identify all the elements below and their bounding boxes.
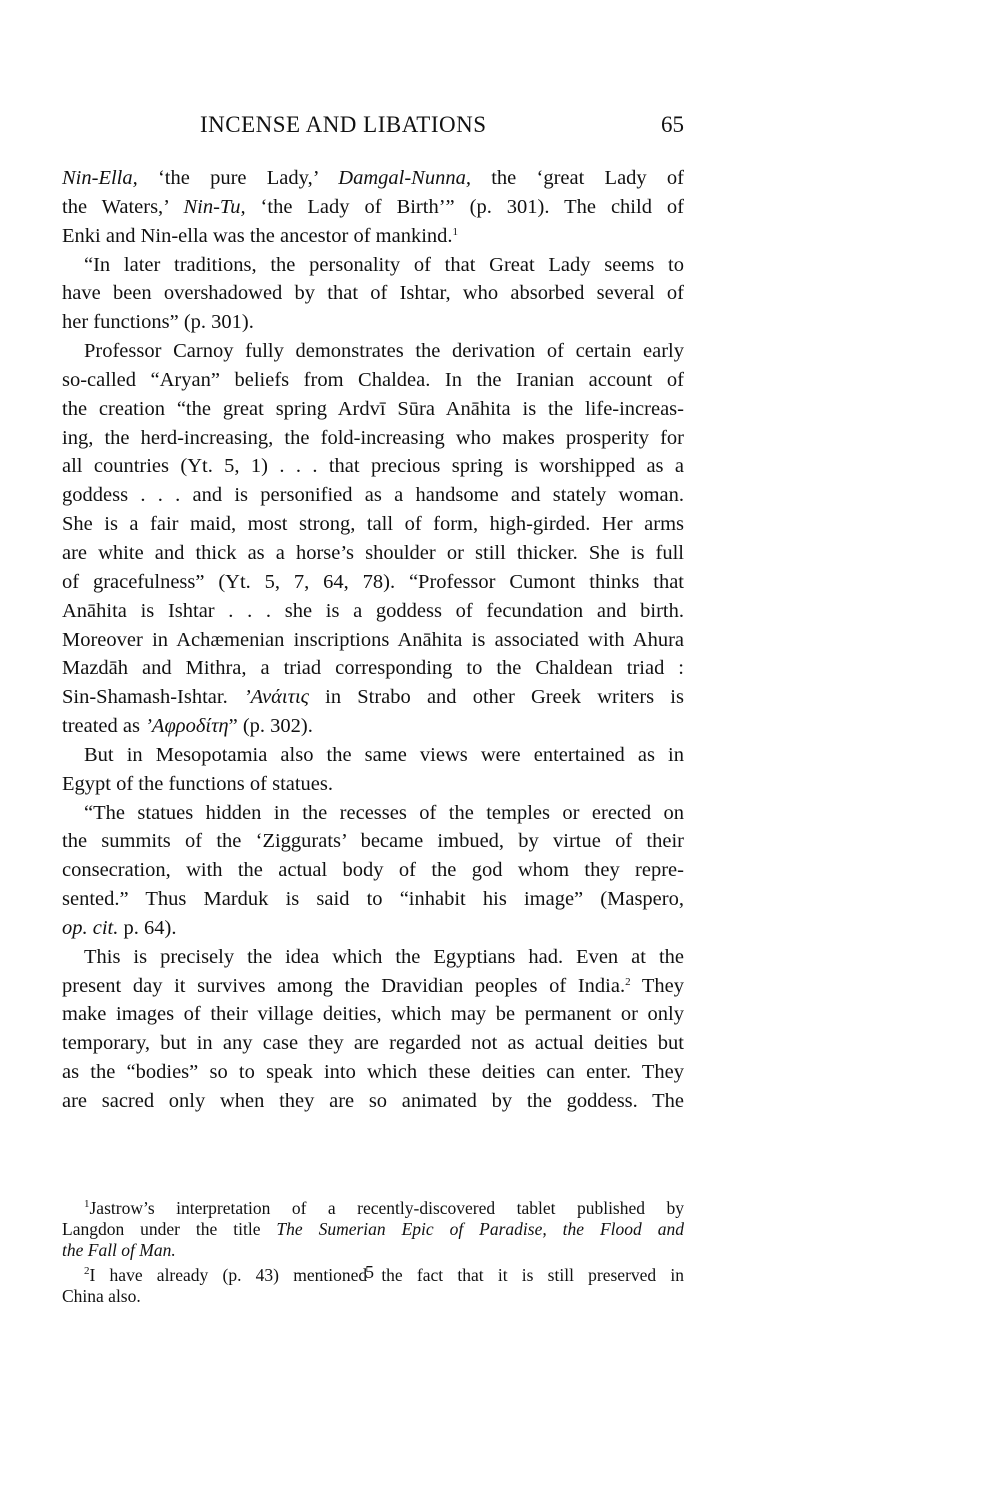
text-run: her functions” (p. 301). [62, 311, 254, 333]
text-run: of gracefulness” (Yt. 5, 7, 64, 78). “Pr… [62, 571, 684, 593]
footnote-line: the Fall of Man. [62, 1240, 684, 1261]
text-run: But in Mesopotamia also the same views w… [84, 744, 684, 766]
text-run: all countries (Yt. 5, 1) . . . that prec… [62, 455, 684, 477]
text-run: have been overshadowed by that of Ishtar… [62, 282, 684, 304]
body-line: Professor Carnoy fully demonstrates the … [62, 337, 684, 366]
text-run: p. 64). [118, 917, 176, 939]
italic-text: ’Ανάιτις [244, 686, 309, 708]
italic-text: op. cit. [62, 917, 118, 939]
italic-text: Nin-Tu, [183, 196, 245, 218]
italic-text: Nin-Ella, [62, 167, 138, 189]
footnote-marker[interactable]: 1 [453, 226, 459, 238]
body-line: op. cit. p. 64). [62, 914, 684, 943]
body-line: This is precisely the idea which the Egy… [62, 943, 684, 972]
text-run: Enki and Nin-ella was the ancestor of ma… [62, 225, 453, 247]
running-head: INCENSE AND LIBATIONS 65 [200, 112, 684, 142]
body-line: of gracefulness” (Yt. 5, 7, 64, 78). “Pr… [62, 568, 684, 597]
footnote-1: 1Jastrow’s interpretation of a recently-… [62, 1198, 684, 1261]
body-line: sented.” Thus Marduk is said to “inhabit… [62, 885, 684, 914]
body-line: temporary, but in any case they are rega… [62, 1029, 684, 1058]
text-run: ” (p. 302). [229, 715, 313, 737]
body-line: Moreover in Achæmenian inscriptions Anāh… [62, 626, 684, 655]
text-run: goddess . . . and is personified as a ha… [62, 484, 684, 506]
text-run: consecration, with the actual body of th… [62, 859, 684, 881]
text-run: Mazdāh and Mithra, a triad corresponding… [62, 657, 684, 679]
text-run: so-called “Aryan” beliefs from Chaldea. … [62, 369, 684, 391]
body-line: “In later traditions, the personality of… [62, 251, 684, 280]
text-run: Moreover in Achæmenian inscriptions Anāh… [62, 629, 684, 651]
italic-text: The Sumerian Epic of Paradise, the Flood… [276, 1219, 684, 1239]
body-line: the summits of the ‘Ziggurats’ became im… [62, 827, 684, 856]
text-run: This is precisely the idea which the Egy… [84, 946, 684, 968]
body-line: treated as ’Αφροδίτη” (p. 302). [62, 712, 684, 741]
text-run: in Strabo and other Greek writers is [309, 686, 684, 708]
italic-text: the Fall of Man. [62, 1240, 176, 1260]
body-line: present day it survives among the Dravid… [62, 972, 684, 1001]
footnote-line: China also. [62, 1286, 684, 1307]
footnote-line: Langdon under the title The Sumerian Epi… [62, 1219, 684, 1240]
text-run: sented.” Thus Marduk is said to “inhabit… [62, 888, 684, 910]
body-line: But in Mesopotamia also the same views w… [62, 741, 684, 770]
italic-text: Damgal-Nunna, [338, 167, 471, 189]
text-run: Langdon under the title [62, 1219, 276, 1239]
body-line: so-called “Aryan” beliefs from Chaldea. … [62, 366, 684, 395]
text-run: make images of their village deities, wh… [62, 1003, 684, 1025]
body-line: “The statues hidden in the recesses of t… [62, 799, 684, 828]
text-run: “The statues hidden in the recesses of t… [84, 802, 684, 824]
text-run: She is a fair maid, most strong, tall of… [62, 513, 684, 535]
body-line: Sin-Shamash-Ishtar. ’Ανάιτις in Strabo a… [62, 683, 684, 712]
body-line: consecration, with the actual body of th… [62, 856, 684, 885]
text-run: ‘the pure Lady,’ [138, 167, 339, 189]
body-line: She is a fair maid, most strong, tall of… [62, 510, 684, 539]
page-number: 65 [661, 112, 684, 138]
body-line: are white and thick as a horse’s shoulde… [62, 539, 684, 568]
text-run: the ‘great Lady of [471, 167, 684, 189]
text-run: present day it survives among the Dravid… [62, 975, 625, 997]
text-run: are sacred only when they are so animate… [62, 1090, 684, 1112]
body-line: Nin-Ella, ‘the pure Lady,’ Damgal-Nunna,… [62, 164, 684, 193]
text-run: I have already (p. 43) mentioned the fac… [90, 1265, 685, 1285]
text-run: as the “bodies” so to speak into which t… [62, 1061, 684, 1083]
book-page: INCENSE AND LIBATIONS 65 Nin-Ella, ‘the … [0, 0, 987, 1510]
body-line: Anāhita is Ishtar . . . she is a goddess… [62, 597, 684, 626]
body-line: are sacred only when they are so animate… [62, 1087, 684, 1116]
text-run: treated as [62, 715, 145, 737]
footnotes: 1Jastrow’s interpretation of a recently-… [62, 1198, 684, 1307]
running-title: INCENSE AND LIBATIONS [200, 112, 487, 138]
text-run: China also. [62, 1286, 141, 1306]
text-run: Anāhita is Ishtar . . . she is a goddess… [62, 600, 684, 622]
body-line: ing, the herd-increasing, the fold-incre… [62, 424, 684, 453]
text-run: are white and thick as a horse’s shoulde… [62, 542, 684, 564]
body-line: all countries (Yt. 5, 1) . . . that prec… [62, 452, 684, 481]
footnote-line: 1Jastrow’s interpretation of a recently-… [62, 1198, 684, 1219]
body-text: Nin-Ella, ‘the pure Lady,’ Damgal-Nunna,… [62, 164, 684, 1116]
body-line: as the “bodies” so to speak into which t… [62, 1058, 684, 1087]
body-line: the Waters,’ Nin-Tu, ‘the Lady of Birth’… [62, 193, 684, 222]
text-run: the summits of the ‘Ziggurats’ became im… [62, 830, 684, 852]
body-line: have been overshadowed by that of Ishtar… [62, 279, 684, 308]
body-line: goddess . . . and is personified as a ha… [62, 481, 684, 510]
text-run: the creation “the great spring Ardvī Sūr… [62, 398, 684, 420]
text-run: ing, the herd-increasing, the fold-incre… [62, 427, 684, 449]
text-run: the Waters,’ [62, 196, 183, 218]
body-line: make images of their village deities, wh… [62, 1000, 684, 1029]
body-line: Mazdāh and Mithra, a triad corresponding… [62, 654, 684, 683]
italic-text: ’Αφροδίτη [145, 715, 229, 737]
signature-mark: 5 [365, 1262, 374, 1283]
text-run: ‘the Lady of Birth’” (p. 301). The child… [246, 196, 684, 218]
body-line: the creation “the great spring Ardvī Sūr… [62, 395, 684, 424]
text-run: They [631, 975, 684, 997]
body-line: Enki and Nin-ella was the ancestor of ma… [62, 222, 684, 251]
text-run: “In later traditions, the personality of… [84, 254, 684, 276]
text-run: Professor Carnoy fully demonstrates the … [84, 340, 684, 362]
text-run: temporary, but in any case they are rega… [62, 1032, 684, 1054]
text-run: Sin-Shamash-Ishtar. [62, 686, 244, 708]
text-run: Egypt of the functions of statues. [62, 773, 333, 795]
text-run: Jastrow’s interpretation of a recently-d… [90, 1198, 685, 1218]
body-line: Egypt of the functions of statues. [62, 770, 684, 799]
body-line: her functions” (p. 301). [62, 308, 684, 337]
